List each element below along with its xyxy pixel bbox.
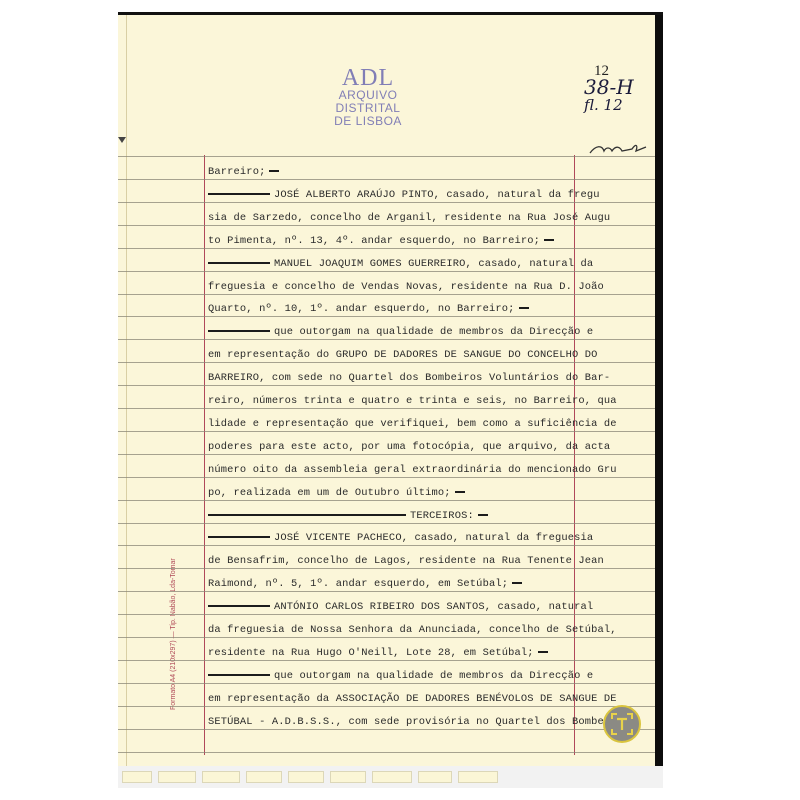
ruled-line <box>118 477 655 478</box>
page-thumbnail[interactable] <box>418 771 452 783</box>
line-text: BARREIRO, com sede no Quartel dos Bombei… <box>208 372 610 384</box>
line-text: número oito da assembleia geral extraord… <box>208 464 617 476</box>
line-text: lidade e representação que verifiquei, b… <box>208 418 617 430</box>
filler-dash <box>478 514 488 516</box>
text-line: sia de Sarzedo, concelho de Arganil, res… <box>208 211 574 225</box>
ruled-line <box>118 614 655 615</box>
page-thumbnail[interactable] <box>372 771 412 783</box>
text-line: Raimond, nº. 5, 1º. andar esquerdo, em S… <box>208 577 574 591</box>
ruled-line <box>118 408 655 409</box>
line-text: Quarto, nº. 10, 1º. andar esquerdo, no B… <box>208 303 515 315</box>
text-line: TERCEIROS: <box>208 509 574 523</box>
paper-format-print: Formato A4 (210x297) — Tip. Nabão, Lda-T… <box>170 558 177 710</box>
line-text: de Bensafrim, concelho de Lagos, residen… <box>208 555 604 567</box>
signature-icon <box>588 139 648 157</box>
page-thumbnail[interactable] <box>246 771 282 783</box>
ruled-line <box>118 591 655 592</box>
filler-dash <box>208 536 270 538</box>
text-line: da freguesia de Nossa Senhora da Anuncia… <box>208 623 574 637</box>
scanned-page[interactable]: ADL ARQUIVO DISTRITAL DE LISBOA 12 38-H … <box>118 12 663 767</box>
ruled-line <box>118 683 655 684</box>
page-thumbnail[interactable] <box>458 771 498 783</box>
filler-dash <box>208 193 270 195</box>
text-line: em representação do GRUPO DE DADORES DE … <box>208 348 574 362</box>
ruled-line <box>118 294 655 295</box>
ruled-line <box>118 271 655 272</box>
ruled-line <box>118 523 655 524</box>
ruled-line <box>118 500 655 501</box>
page-thumbnail[interactable] <box>158 771 196 783</box>
line-text: que outorgam na qualidade de membros da … <box>274 326 593 338</box>
ruled-line <box>118 431 655 432</box>
line-text: po, realizada em um de Outubro último; <box>208 487 451 499</box>
line-text: poderes para este acto, por uma fotocópi… <box>208 441 610 453</box>
text-line: poderes para este acto, por uma fotocópi… <box>208 440 574 454</box>
line-text: residente na Rua Hugo O'Neill, Lote 28, … <box>208 647 534 659</box>
text-line: BARREIRO, com sede no Quartel dos Bombei… <box>208 371 574 385</box>
text-line: ANTÓNIO CARLOS RIBEIRO DOS SANTOS, casad… <box>208 600 574 614</box>
line-text: JOSÉ VICENTE PACHECO, casado, natural da… <box>274 532 593 544</box>
stamp-line: DE LISBOA <box>323 115 413 128</box>
ruled-line <box>118 752 655 753</box>
ruled-line <box>118 660 655 661</box>
line-text: to Pimenta, nº. 13, 4º. andar esquerdo, … <box>208 235 540 247</box>
filler-dash <box>208 262 270 264</box>
handwritten-folio: fl. 12 <box>584 97 634 114</box>
page-thumbnail[interactable] <box>288 771 324 783</box>
line-text: Barreiro; <box>208 166 265 178</box>
ruled-line <box>118 545 655 546</box>
left-margin-line <box>204 155 205 755</box>
filler-dash <box>538 651 548 653</box>
filler-dash <box>512 582 522 584</box>
filler-dash <box>544 239 554 241</box>
text-line: JOSÉ ALBERTO ARAÚJO PINTO, casado, natur… <box>208 188 574 202</box>
text-line: po, realizada em um de Outubro último; <box>208 486 574 500</box>
ruled-line <box>118 248 655 249</box>
line-text: em representação do GRUPO DE DADORES DE … <box>208 349 598 361</box>
handwritten-reference: 38-H fl. 12 <box>584 77 634 114</box>
ruled-line <box>118 179 655 180</box>
text-scan-icon <box>609 711 635 737</box>
ruled-line <box>118 706 655 707</box>
line-text: SETÚBAL - A.D.B.S.S., com sede provisóri… <box>208 716 617 728</box>
ruled-line <box>118 568 655 569</box>
ruled-line <box>118 316 655 317</box>
ruled-line <box>118 339 655 340</box>
line-text: que outorgam na qualidade de membros da … <box>274 670 593 682</box>
page-thumbnail[interactable] <box>122 771 152 783</box>
filler-dash <box>519 307 529 309</box>
line-text: freguesia e concelho de Vendas Novas, re… <box>208 281 604 293</box>
handwritten-code: 38-H <box>584 77 634 97</box>
ruled-line <box>118 202 655 203</box>
text-line: Barreiro; <box>208 165 574 179</box>
text-line: JOSÉ VICENTE PACHECO, casado, natural da… <box>208 531 574 545</box>
ruled-line <box>118 729 655 730</box>
text-line: número oito da assembleia geral extraord… <box>208 463 574 477</box>
margin-arrow-icon <box>118 137 126 143</box>
page-thumbnail[interactable] <box>330 771 366 783</box>
ruled-line <box>118 637 655 638</box>
line-text: em representação da ASSOCIAÇÃO DE DADORE… <box>208 693 617 705</box>
line-text: TERCEIROS: <box>410 510 474 522</box>
line-text: Raimond, nº. 5, 1º. andar esquerdo, em S… <box>208 578 508 590</box>
text-line: residente na Rua Hugo O'Neill, Lote 28, … <box>208 646 574 660</box>
filler-dash <box>208 514 406 516</box>
page-thumbnail[interactable] <box>202 771 240 783</box>
line-text: ANTÓNIO CARLOS RIBEIRO DOS SANTOS, casad… <box>274 601 593 613</box>
ruled-line <box>118 454 655 455</box>
line-text: reiro, números trinta e quatro e trinta … <box>208 395 617 407</box>
text-line: de Bensafrim, concelho de Lagos, residen… <box>208 554 574 568</box>
document-viewer: ADL ARQUIVO DISTRITAL DE LISBOA 12 38-H … <box>0 0 800 800</box>
text-line: SETÚBAL - A.D.B.S.S., com sede provisóri… <box>208 715 574 729</box>
text-line: que outorgam na qualidade de membros da … <box>208 669 574 683</box>
line-text: sia de Sarzedo, concelho de Arganil, res… <box>208 212 610 224</box>
filler-dash <box>208 330 270 332</box>
line-text: MANUEL JOAQUIM GOMES GUERREIRO, casado, … <box>274 258 593 270</box>
line-text: JOSÉ ALBERTO ARAÚJO PINTO, casado, natur… <box>274 189 600 201</box>
text-line: lidade e representação que verifiquei, b… <box>208 417 574 431</box>
text-line: to Pimenta, nº. 13, 4º. andar esquerdo, … <box>208 234 574 248</box>
thumbnail-strip <box>118 766 663 788</box>
transcribe-button[interactable] <box>603 705 641 743</box>
text-line: reiro, números trinta e quatro e trinta … <box>208 394 574 408</box>
text-line: freguesia e concelho de Vendas Novas, re… <box>208 280 574 294</box>
filler-dash <box>269 170 279 172</box>
archive-stamp: ADL ARQUIVO DISTRITAL DE LISBOA <box>323 67 413 128</box>
ruled-line <box>118 156 655 157</box>
filler-dash <box>455 491 465 493</box>
stamp-acronym: ADL <box>323 67 413 89</box>
ruled-line <box>118 362 655 363</box>
text-line: que outorgam na qualidade de membros da … <box>208 325 574 339</box>
right-margin-line <box>574 155 575 755</box>
text-line: MANUEL JOAQUIM GOMES GUERREIRO, casado, … <box>208 257 574 271</box>
text-line: em representação da ASSOCIAÇÃO DE DADORE… <box>208 692 574 706</box>
line-text: da freguesia de Nossa Senhora da Anuncia… <box>208 624 617 636</box>
filler-dash <box>208 674 270 676</box>
ruled-line <box>118 385 655 386</box>
filler-dash <box>208 605 270 607</box>
ruled-line <box>118 225 655 226</box>
text-line: Quarto, nº. 10, 1º. andar esquerdo, no B… <box>208 302 574 316</box>
